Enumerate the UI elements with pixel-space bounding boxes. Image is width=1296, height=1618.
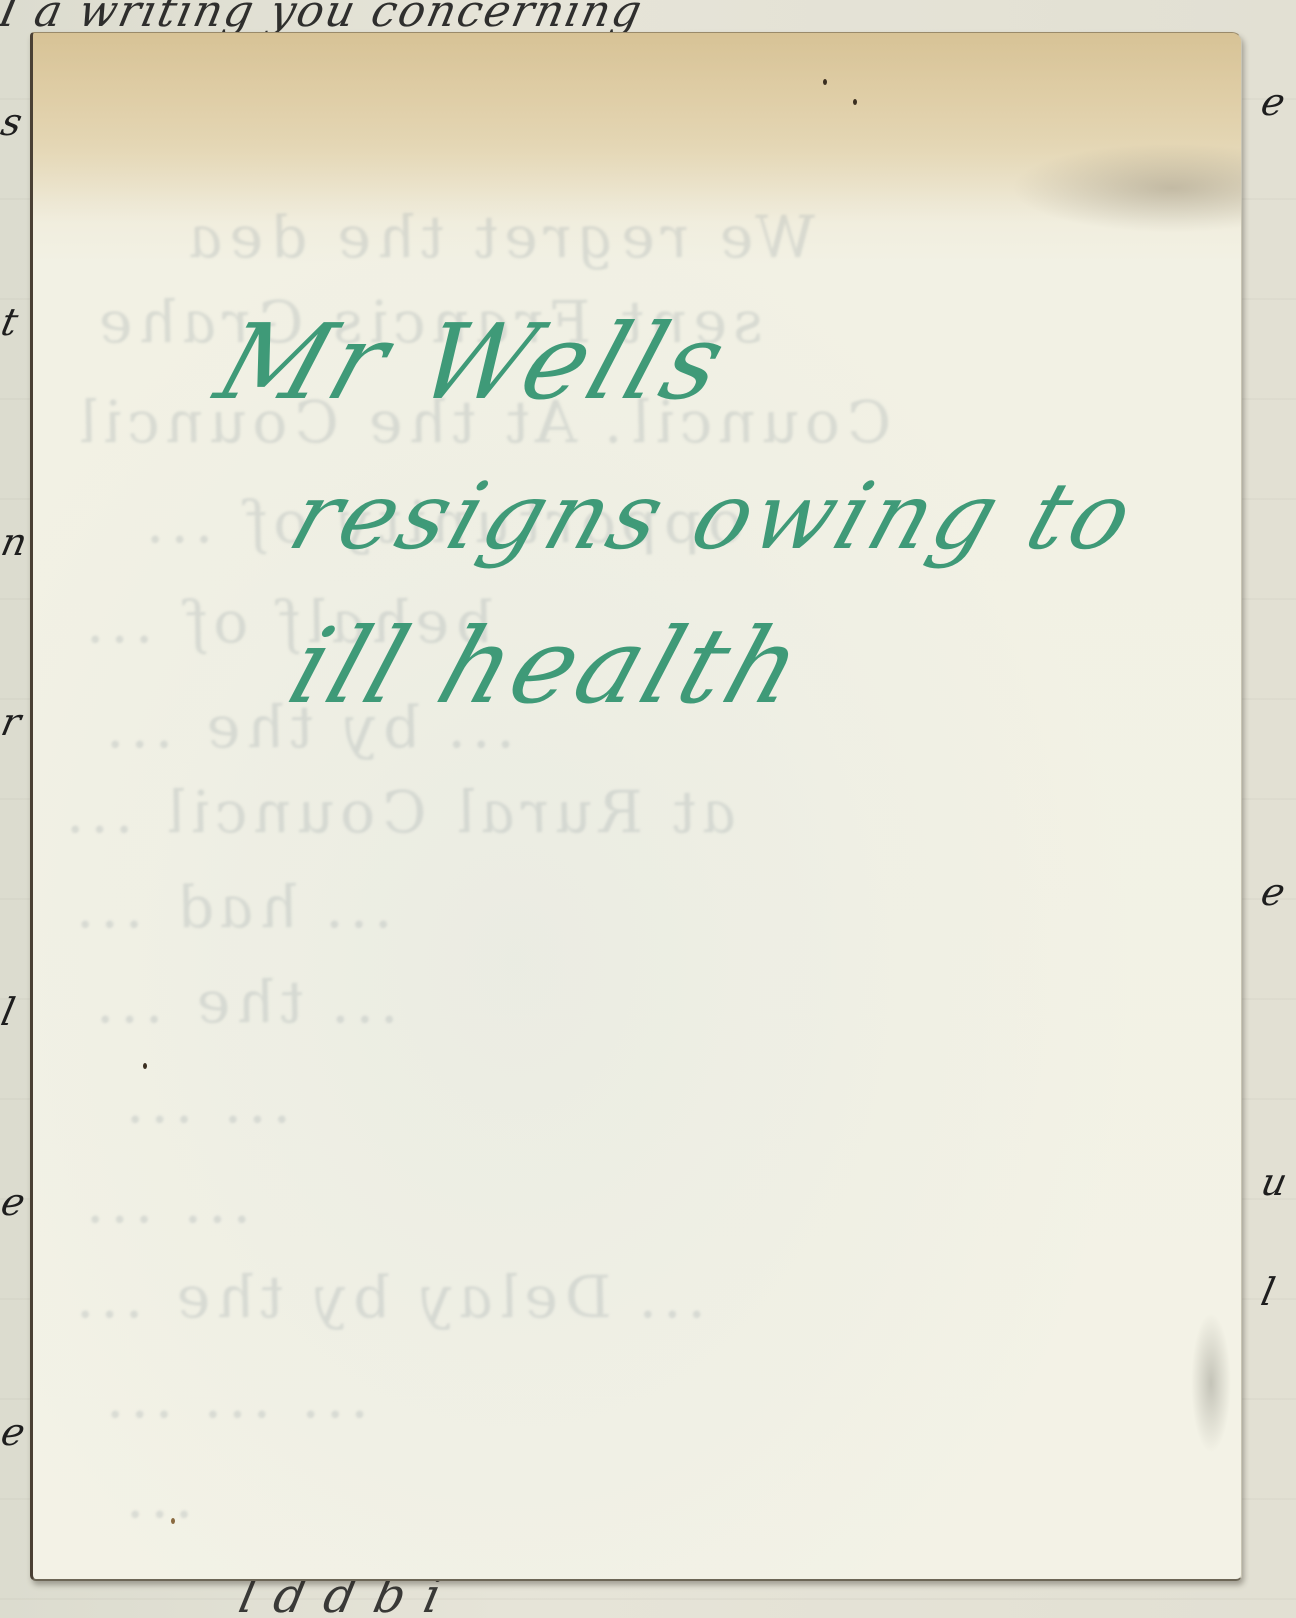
paper-fold-shadow <box>1191 1313 1231 1453</box>
note-line-reason: ill health <box>275 605 820 727</box>
letter-edge-fragment: u <box>1257 1160 1291 1204</box>
letter-edge-fragment: e <box>0 1410 29 1454</box>
letter-edge-fragment: e <box>1257 870 1289 914</box>
note-line-name: Mr Wells <box>203 301 744 423</box>
letter-edge-fragment: l <box>0 990 19 1034</box>
paper-stain-right <box>1011 143 1241 233</box>
paper-speck <box>823 79 827 85</box>
letter-edge-fragment: e <box>1257 80 1289 124</box>
note-line-resigns: resigns owing to <box>278 463 1150 570</box>
letter-edge-fragment: e <box>0 1180 29 1224</box>
bleed-through-text: We regret the dea sent Francis Grahe Cou… <box>33 33 1241 1579</box>
letter-edge-fragment: r <box>0 700 25 744</box>
letter-edge-fragment: s <box>0 100 26 144</box>
letter-edge-fragment: t <box>0 300 22 344</box>
note-slip: We regret the dea sent Francis Grahe Cou… <box>30 32 1242 1581</box>
paper-speck <box>853 99 857 105</box>
paper-speck <box>171 1518 175 1524</box>
letter-edge-fragment: n <box>0 520 31 564</box>
paper-speck <box>143 1063 147 1069</box>
letter-edge-fragment: l <box>1257 1270 1279 1314</box>
